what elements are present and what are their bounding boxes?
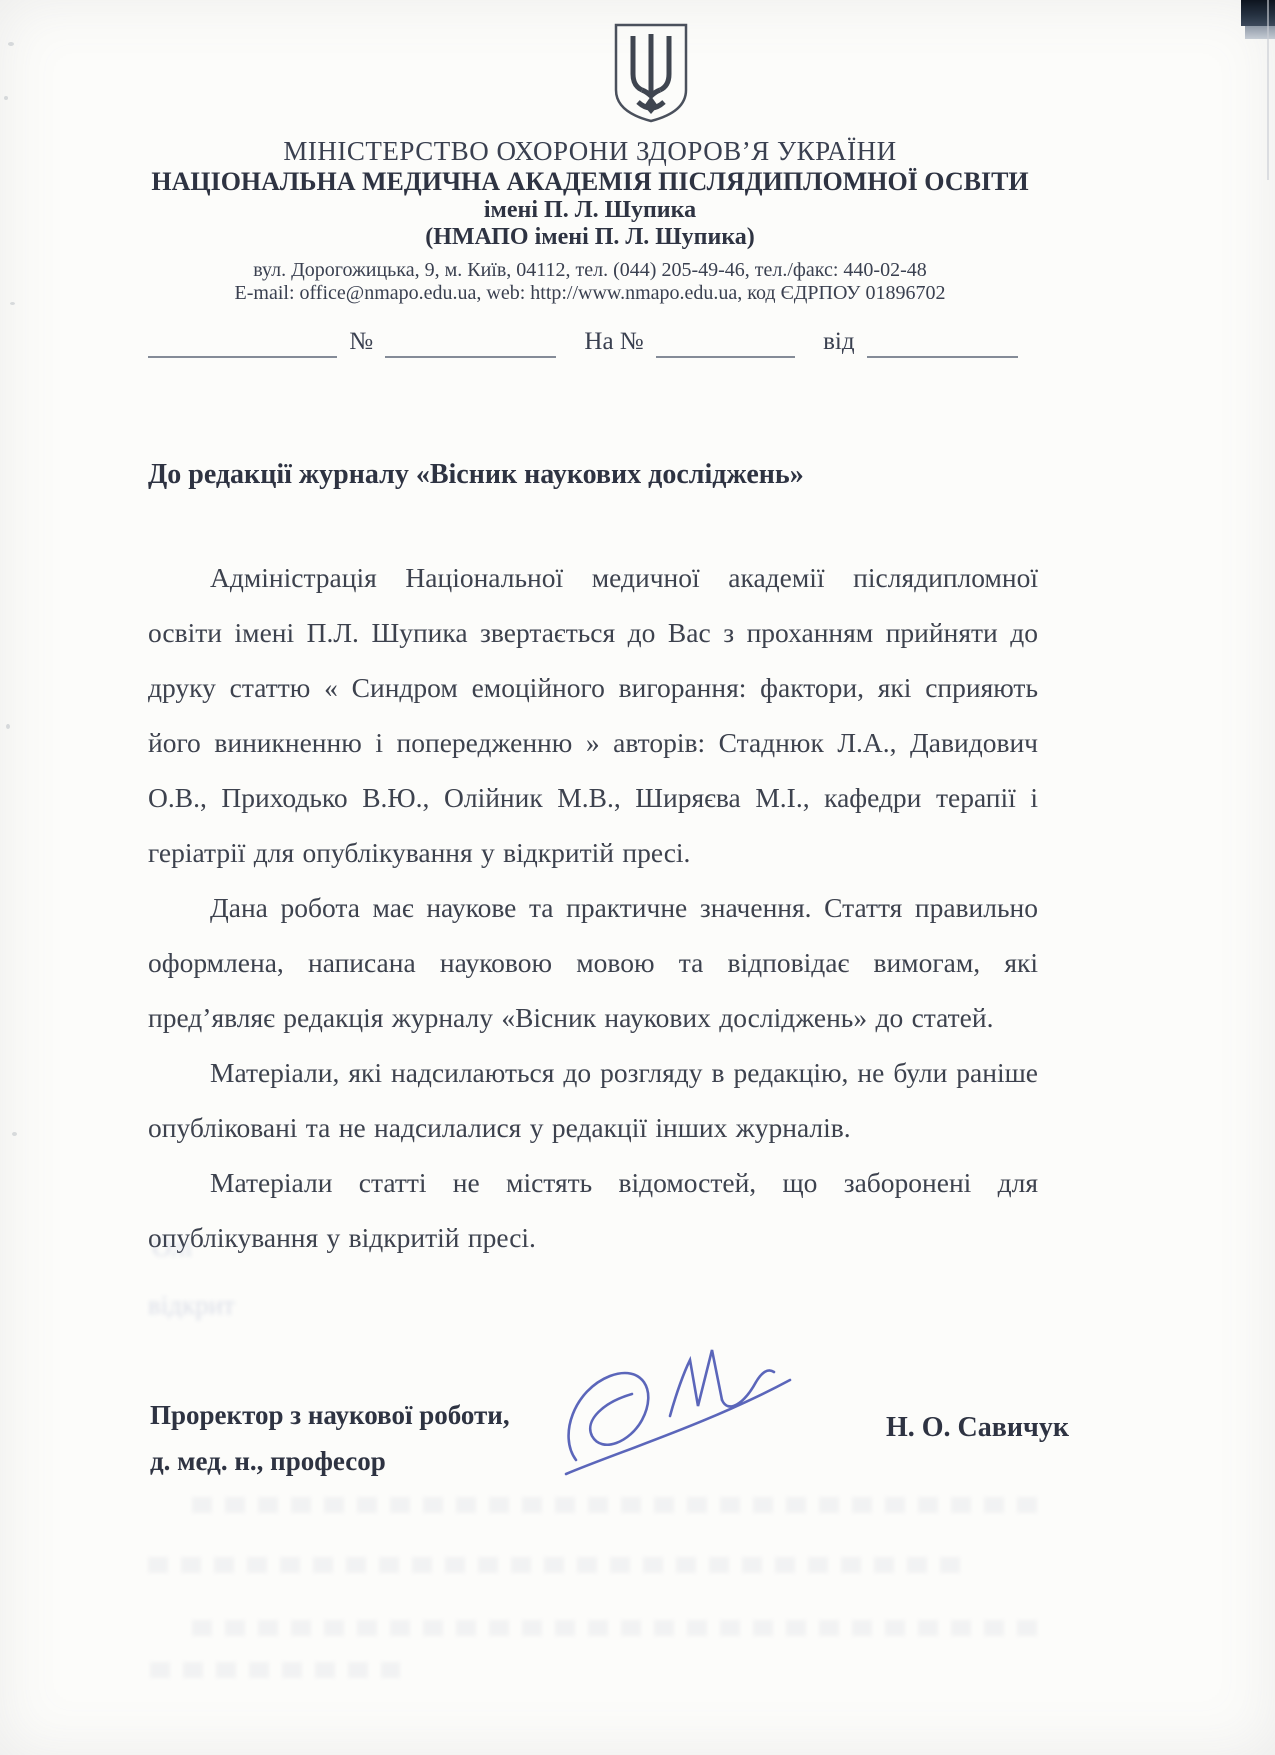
signer-position-line1: Проректор з наукової роботи,	[150, 1392, 510, 1438]
addressee-line: До редакції журналу «Вісник наукових дос…	[148, 458, 1038, 492]
signer-position: Проректор з наукової роботи, д. мед. н.,…	[150, 1392, 510, 1484]
ukraine-trident-icon	[612, 22, 690, 124]
academy-named-after: імені П. Л. Шупика	[85, 197, 1095, 224]
scan-speck	[12, 1132, 17, 1136]
scan-corner-mark	[1241, 0, 1275, 26]
signer-name: Н. О. Савичук	[886, 1412, 1069, 1444]
scan-speck	[8, 42, 14, 46]
reply-date-label: від	[795, 328, 866, 358]
academy-address: вул. Дорогожицька, 9, м. Київ, 04112, те…	[85, 259, 1095, 282]
ghost-smudge-line	[148, 1557, 960, 1573]
scan-speck	[4, 96, 8, 100]
scan-speck	[6, 724, 10, 729]
letterhead: МІНІСТЕРСТВО ОХОРОНИ ЗДОРОВ’Я УКРАЇНИ НА…	[85, 136, 1095, 305]
reply-date-blank-line	[867, 318, 1018, 358]
academy-contacts: E-mail: office@nmapo.edu.ua, web: http:/…	[85, 282, 1095, 305]
reference-number-line: № На № від	[148, 318, 1018, 358]
signer-position-line2: д. мед. н., професор	[150, 1438, 510, 1484]
paragraph-2: Дана робота має наукове та практичне зна…	[148, 880, 1038, 1045]
scanned-letter-page: МІНІСТЕРСТВО ОХОРОНИ ЗДОРОВ’Я УКРАЇНИ НА…	[0, 0, 1275, 1755]
date-blank-line	[148, 318, 337, 358]
ghost-smudge-line	[192, 1620, 1037, 1636]
reply-number-blank-line	[656, 318, 795, 358]
scan-speck	[10, 302, 15, 305]
academy-name: НАЦІОНАЛЬНА МЕДИЧНА АКАДЕМІЯ ПІСЛЯДИПЛОМ…	[85, 167, 1095, 197]
ghost-smudge-line	[150, 1662, 400, 1678]
paragraph-4: Матеріали статті не містять відомостей, …	[148, 1155, 1038, 1265]
number-blank-line	[385, 318, 556, 358]
number-label: №	[337, 328, 385, 358]
ghost-smudge-line	[192, 1497, 1037, 1513]
ghost-text-fragment: відкрит	[148, 1290, 235, 1321]
paragraph-3: Матеріали, які надсилаються до розгляду …	[148, 1045, 1038, 1155]
scan-corner-mark-secondary	[1245, 26, 1275, 39]
academy-abbreviation: (НМАПО імені П. Л. Шупика)	[85, 224, 1095, 251]
ghost-text-fragment: Олі	[152, 1232, 192, 1263]
ministry-name: МІНІСТЕРСТВО ОХОРОНИ ЗДОРОВ’Я УКРАЇНИ	[85, 136, 1095, 166]
scan-edge-line	[1267, 0, 1269, 180]
handwritten-signature	[558, 1332, 798, 1497]
letter-body: До редакції журналу «Вісник наукових дос…	[148, 458, 1038, 1265]
paragraph-1: Адміністрація Національної медичної акад…	[148, 550, 1038, 880]
reply-number-label: На №	[556, 328, 655, 358]
